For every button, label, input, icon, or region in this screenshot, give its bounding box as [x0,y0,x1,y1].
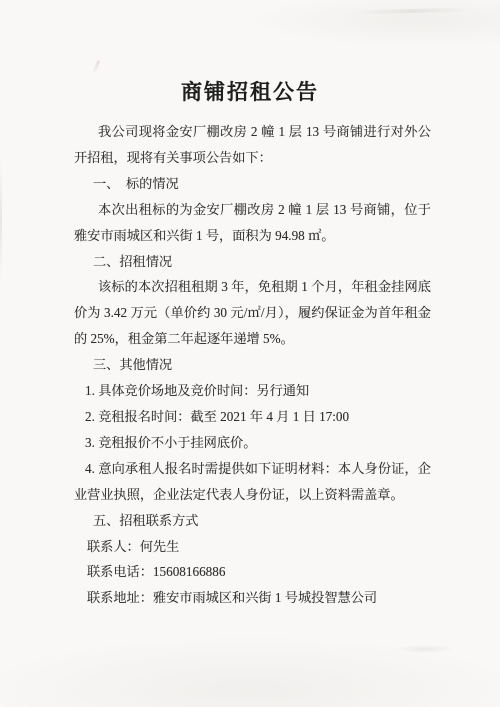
contact-address-line: 联系地址：雅安市雨城区和兴街 1 号城投智慧公司 [74,585,431,611]
scan-edge-shadow [0,160,2,280]
section-5-heading: 五、招租联系方式 [74,508,431,534]
list-item-1: 1. 具体竞价场地及竞价时间：另行通知 [74,378,431,404]
list-item-2: 2. 竞租报名时间：截至 2021 年 4 月 1 日 17:00 [74,404,431,430]
intro-paragraph: 我公司现将金安厂棚改房 2 幢 1 层 13 号商铺进行对外公开招租，现将有关事… [74,119,431,171]
contact-phone-line: 联系电话：15608166886 [74,559,431,585]
scan-smudge [395,645,455,653]
document-body: 我公司现将金安厂棚改房 2 幢 1 层 13 号商铺进行对外公开招租，现将有关事… [74,119,431,611]
document-title: 商铺招租公告 [0,76,500,106]
scan-smudge [93,60,101,73]
section-2-heading: 二、招租情况 [74,249,431,275]
section-2-body: 该标的本次招租租期 3 年，免租期 1 个月，年租金挂网底价为 3.42 万元（… [74,274,431,352]
contact-person-line: 联系人：何先生 [74,534,431,560]
scan-smudge [355,7,470,14]
scanned-document-page: 商铺招租公告 我公司现将金安厂棚改房 2 幢 1 层 13 号商铺进行对外公开招… [0,0,500,707]
list-item-4: 4. 意向承租人报名时需提供如下证明材料：本人身份证，企业营业执照，企业法定代表… [74,456,431,508]
section-1-heading: 一、 标的情况 [74,171,431,197]
section-1-body: 本次出租标的为金安厂棚改房 2 幢 1 层 13 号商铺，位于雅安市雨城区和兴街… [74,197,431,249]
list-item-3: 3. 竞租报价不小于挂网底价。 [74,430,431,456]
section-3-heading: 三、其他情况 [74,352,431,378]
